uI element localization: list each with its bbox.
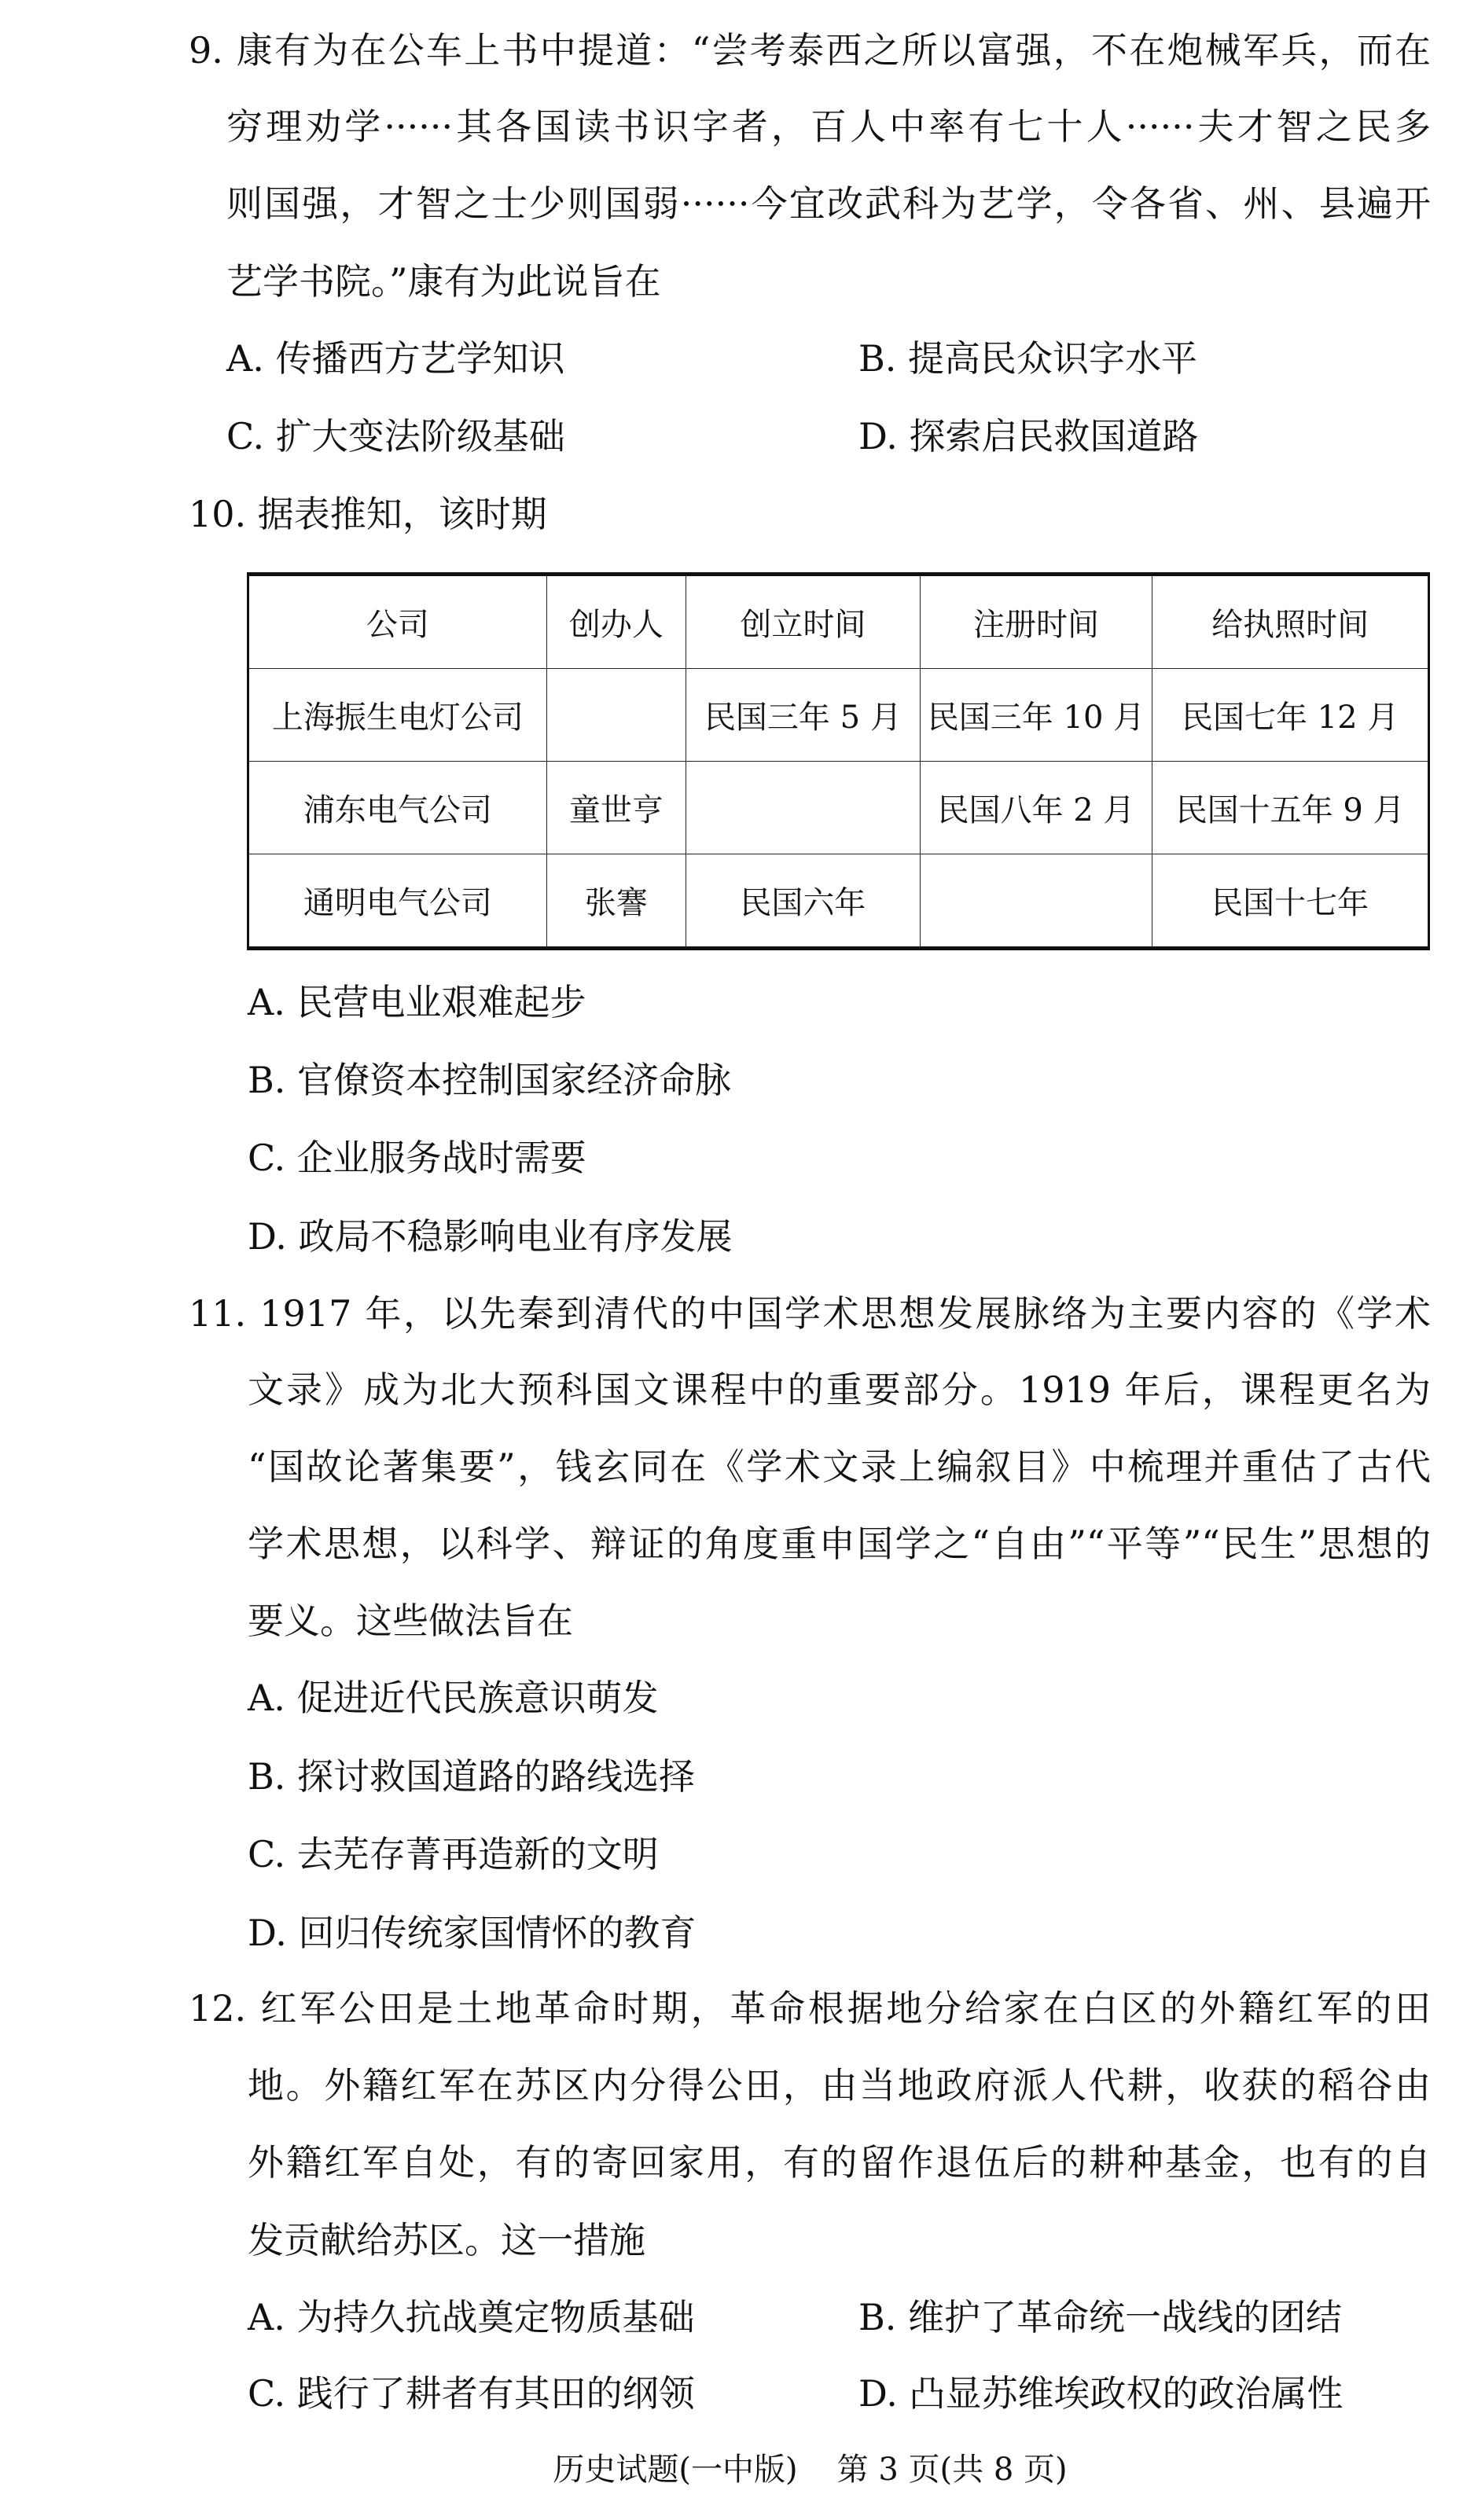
question-10-stem: 10. 据表推知，该时期	[189, 492, 547, 536]
table-header-licensed: 给执照时间	[1152, 575, 1429, 669]
table-cell: 民国十七年	[1152, 854, 1429, 949]
table-cell: 张謇	[546, 854, 686, 949]
table-cell: 民国六年	[686, 854, 921, 949]
question-9-stem-line-3: 则国强，才智之士少则国弱······今宜改武科为艺学，令各省、州、县遍开	[226, 182, 1431, 226]
table-row: 上海振生电灯公司 民国三年 5 月 民国三年 10 月 民国七年 12 月	[248, 669, 1429, 762]
question-9-option-d[interactable]: D. 探索启民救国道路	[858, 414, 1199, 458]
question-12-stem-line-2: 地。外籍红军在苏区内分得公田，由当地政府派人代耕，收获的稻谷由	[248, 2063, 1431, 2107]
question-11-option-d[interactable]: D. 回归传统家国情怀的教育	[248, 1911, 697, 1955]
question-12-option-b[interactable]: B. 维护了革命统一战线的团结	[858, 2295, 1342, 2339]
table-cell: 上海振生电灯公司	[248, 669, 547, 762]
question-10-option-d[interactable]: D. 政局不稳影响电业有序发展	[248, 1214, 733, 1258]
page-number: 第 3 页(共 8 页)	[837, 2452, 1068, 2488]
table-cell	[686, 762, 921, 854]
table-header-founded: 创立时间	[686, 575, 921, 669]
table-cell: 民国三年 10 月	[920, 669, 1152, 762]
table-cell: 通明电气公司	[248, 854, 547, 949]
table-header-registered: 注册时间	[920, 575, 1152, 669]
question-11-stem-line-2: 文录》成为北大预科国文课程中的重要部分。1919 年后，课程更名为	[248, 1368, 1431, 1412]
table-cell: 民国八年 2 月	[920, 762, 1152, 854]
question-9-option-c[interactable]: C. 扩大变法阶级基础	[226, 414, 565, 458]
question-11-stem-line-4: 学术思想，以科学、辩证的角度重申国学之“自由”“平等”“民生”思想的	[248, 1522, 1431, 1566]
question-11-stem-line-5: 要义。这些做法旨在	[248, 1599, 573, 1643]
exam-title: 历史试题(一中版)	[553, 2452, 797, 2488]
question-10-option-c[interactable]: C. 企业服务战时需要	[248, 1136, 586, 1180]
question-9-option-a[interactable]: A. 传播西方艺学知识	[226, 336, 564, 380]
table-row: 通明电气公司 张謇 民国六年 民国十七年	[248, 854, 1429, 949]
table-cell: 民国三年 5 月	[686, 669, 921, 762]
page-footer: 历史试题(一中版)第 3 页(共 8 页)	[0, 2451, 1463, 2489]
table-row: 浦东电气公司 童世亨 民国八年 2 月 民国十五年 9 月	[248, 762, 1429, 854]
question-12-option-a[interactable]: A. 为持久抗战奠定物质基础	[248, 2295, 694, 2339]
table-cell: 民国七年 12 月	[1152, 669, 1429, 762]
question-12-stem-line-1: 12. 红军公田是土地革命时期，革命根据地分给家在白区的外籍红军的田	[189, 1986, 1431, 2030]
table-cell: 民国十五年 9 月	[1152, 762, 1429, 854]
question-9-stem-line-4: 艺学书院。”康有为此说旨在	[226, 259, 661, 303]
table-cell: 童世亨	[546, 762, 686, 854]
question-11-option-b[interactable]: B. 探讨救国道路的路线选择	[248, 1754, 695, 1798]
table-header-row: 公司 创办人 创立时间 注册时间 给执照时间	[248, 575, 1429, 669]
question-9-stem-line-2: 穷理劝学······其各国读书识字者，百人中率有七十人······夫才智之民多	[226, 105, 1431, 149]
table-cell	[920, 854, 1152, 949]
question-12-option-c[interactable]: C. 践行了耕者有其田的纲领	[248, 2371, 695, 2415]
question-11-stem-line-1: 11. 1917 年，以先秦到清代的中国学术思想发展脉络为主要内容的《学术	[189, 1291, 1431, 1335]
question-10-option-a[interactable]: A. 民营电业艰难起步	[248, 980, 586, 1024]
question-11-option-c[interactable]: C. 去芜存菁再造新的文明	[248, 1832, 659, 1876]
question-9-option-b[interactable]: B. 提高民众识字水平	[858, 336, 1197, 380]
table-cell: 浦东电气公司	[248, 762, 547, 854]
table-cell	[546, 669, 686, 762]
company-table: 公司 创办人 创立时间 注册时间 给执照时间 上海振生电灯公司 民国三年 5 月…	[247, 572, 1430, 950]
question-9-stem-line-1: 9. 康有为在公车上书中提道：“尝考泰西之所以富强，不在炮械军兵，而在	[189, 28, 1431, 72]
question-12-option-d[interactable]: D. 凸显苏维埃政权的政治属性	[858, 2371, 1344, 2415]
question-11-option-a[interactable]: A. 促进近代民族意识萌发	[248, 1676, 658, 1720]
exam-page: 9. 康有为在公车上书中提道：“尝考泰西之所以富强，不在炮械军兵，而在 穷理劝学…	[0, 0, 1463, 2520]
table-header-company: 公司	[248, 575, 547, 669]
question-12-stem-line-4: 发贡献给苏区。这一措施	[248, 2218, 645, 2262]
question-12-stem-line-3: 外籍红军自处，有的寄回家用，有的留作退伍后的耕种基金，也有的自	[248, 2140, 1431, 2184]
question-11-stem-line-3: “国故论著集要”，钱玄同在《学术文录上编叙目》中梳理并重估了古代	[248, 1445, 1431, 1489]
table-header-founder: 创办人	[546, 575, 686, 669]
question-10-option-b[interactable]: B. 官僚资本控制国家经济命脉	[248, 1058, 731, 1102]
